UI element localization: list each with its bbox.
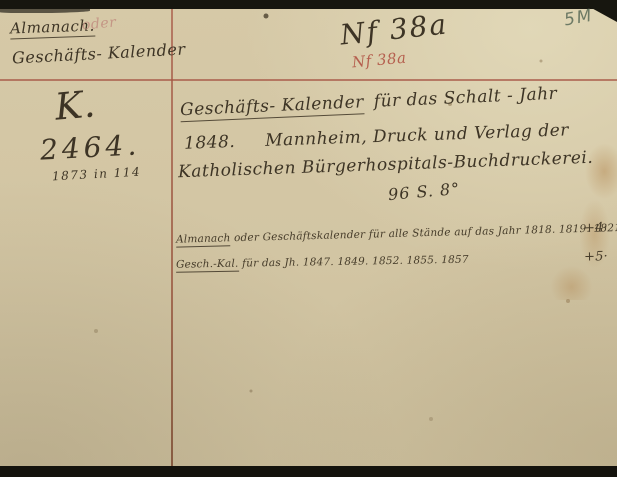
- reference2-mark: +5·: [584, 249, 608, 264]
- reference2-text: für das Jh. 1847. 1849. 1852. 1855. 1857: [238, 254, 468, 270]
- reference-line-2: Gesch.-Kal. für das Jh. 1847. 1849. 1852…: [176, 251, 608, 271]
- keyword-geschaefts-kalender: Geschäfts- Kalender: [12, 39, 186, 67]
- entry-imprint1: Mannheim, Druck und Verlag der: [265, 120, 569, 151]
- entry-title-rest: für das Schalt - Jahr: [373, 84, 557, 112]
- reference-line-1: Almanach oder Geschäftskalender für alle…: [176, 222, 608, 245]
- catalog-card: Almanach. oder Geschäfts- Kalender Nf 38…: [0, 0, 617, 477]
- entry-imprint-line1: 1848.Mannheim, Druck und Verlag der: [184, 120, 569, 153]
- foxing-specks: [0, 0, 2, 2]
- corner-mark-pencil: 5M: [562, 6, 595, 31]
- reference2-lead: Gesch.-Kal.: [176, 258, 239, 273]
- red-rule-vertical: [171, 9, 173, 466]
- accession-note: 1873 in 114: [52, 165, 142, 184]
- entry-imprint-line2: Katholischen Bürgerhospitals-Buchdrucker…: [178, 148, 594, 182]
- entry-title-line: Geschäfts- Kalenderfür das Schalt - Jahr: [180, 84, 558, 120]
- entry-title-underlined: Geschäfts- Kalender: [180, 92, 365, 122]
- entry-collation: 96 S. 8°: [387, 179, 461, 204]
- running-number: 2464.: [39, 128, 141, 166]
- keyword-insert-oder: oder: [81, 15, 117, 34]
- class-letter: K.: [53, 82, 97, 128]
- reference1-mark: +4·: [584, 220, 608, 236]
- scan-border-top: [0, 0, 617, 9]
- scan-border-bottom: [0, 466, 617, 477]
- shelfmark-main: Nf 38a: [339, 7, 450, 51]
- reference1-text: oder Geschäftskalender für alle Stände a…: [230, 220, 617, 244]
- red-rule-horizontal: [0, 79, 617, 81]
- reference1-lead: Almanach: [176, 232, 231, 247]
- shelfmark-red-ink: Nf 38a: [351, 49, 407, 72]
- entry-year: 1848.: [184, 132, 236, 154]
